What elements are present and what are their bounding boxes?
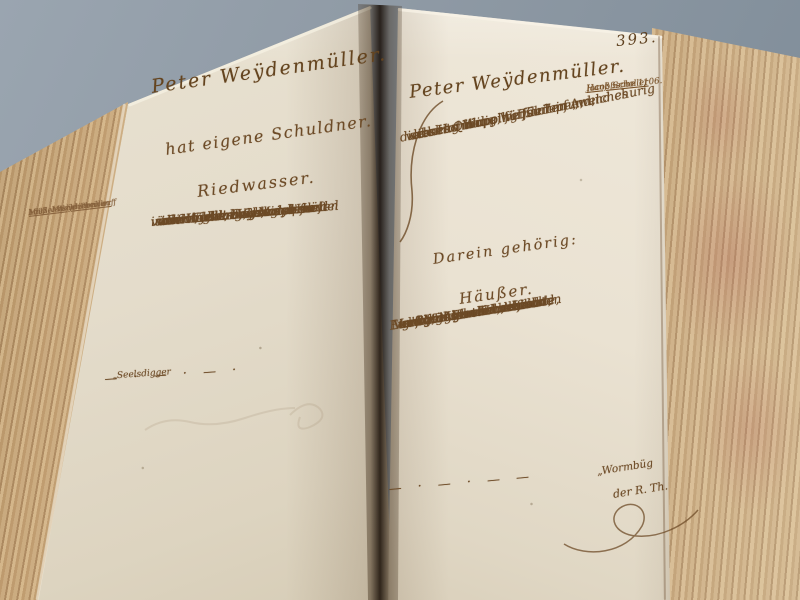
- manuscript-book-photograph: 393. Peter Weÿdenmüller. hat eigene Schu…: [0, 0, 800, 600]
- signature-flourish: [556, 492, 706, 562]
- ink-bleedthrough-ghost: [140, 385, 360, 465]
